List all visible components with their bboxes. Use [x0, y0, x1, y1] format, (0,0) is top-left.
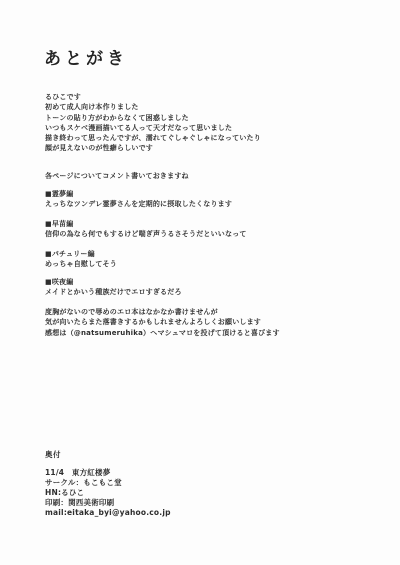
comment-note: 各ページについてコメント書いておきますね — [45, 171, 189, 181]
section-heading: ■パチュリー編 — [45, 249, 117, 259]
colophon-line-event: 11/4 東方紅楼夢 — [45, 468, 171, 478]
intro-line: るひこです — [45, 92, 261, 102]
section-heading: ■咲夜編 — [45, 277, 182, 287]
colophon-line-circle: サークル：もこもこ堂 — [45, 478, 171, 488]
section-patchouli: ■パチュリー編 めっちゃ自慰してそう — [45, 249, 117, 270]
intro-line: 顔が見えないのが性癖らしいです — [45, 143, 261, 153]
closing-line: 度胸がないので辱めのエロ本はなかなか書けませんが — [45, 307, 280, 317]
section-body: めっちゃ自慰してそう — [45, 259, 117, 269]
closing-line: 気が向いたらまた落書きするかもしれませんよろしくお願いします — [45, 317, 280, 327]
section-heading: ■霊夢編 — [45, 189, 232, 199]
intro-line: トーンの貼り方がわからなくて困惑しました — [45, 113, 261, 123]
closing-paragraph: 度胸がないので辱めのエロ本はなかなか書けませんが 気が向いたらまた落書きするかも… — [45, 307, 280, 338]
colophon-line-mail: mail:eitaka_byi@yahoo.co.jp — [45, 508, 171, 518]
section-sanae: ■早苗編 信仰の為なら何でもするけど喘ぎ声うるさそうだといいなって — [45, 219, 247, 240]
afterword-page: あとがき るひこです 初めて成人向け本作りました トーンの貼り方がわからなくて困… — [0, 0, 400, 565]
intro-line: いつもスケベ漫画描いてる人って天才だなって思いました — [45, 123, 261, 133]
section-body: 信仰の為なら何でもするけど喘ぎ声うるさそうだといいなって — [45, 229, 247, 239]
section-body: メイドとかいう種族だけでエロすぎるだろ — [45, 287, 182, 297]
colophon-line-printer: 印刷：関西美術印刷 — [45, 498, 171, 508]
section-sakuya: ■咲夜編 メイドとかいう種族だけでエロすぎるだろ — [45, 277, 182, 298]
section-reimu: ■霊夢編 えっちなツンデレ霊夢さんを定期的に摂取したくなります — [45, 189, 232, 210]
intro-line: 描き終わって思ったんですが、濡れてぐしゃぐしゃになっていたり — [45, 133, 261, 143]
page-title: あとがき — [44, 44, 128, 69]
intro-line: 初めて成人向け本作りました — [45, 102, 261, 112]
colophon: 11/4 東方紅楼夢 サークル：もこもこ堂 HN:るひこ 印刷：関西美術印刷 m… — [45, 468, 171, 518]
section-heading: ■早苗編 — [45, 219, 247, 229]
colophon-heading: 奥付 — [45, 449, 61, 460]
colophon-line-handle: HN:るひこ — [45, 488, 171, 498]
closing-line: 感想は（@natsumeruhika）へマシュマロを投げて頂けると喜びます — [45, 328, 280, 338]
intro-paragraph: るひこです 初めて成人向け本作りました トーンの貼り方がわからなくて困惑しました… — [45, 92, 261, 154]
section-body: えっちなツンデレ霊夢さんを定期的に摂取したくなります — [45, 199, 232, 209]
